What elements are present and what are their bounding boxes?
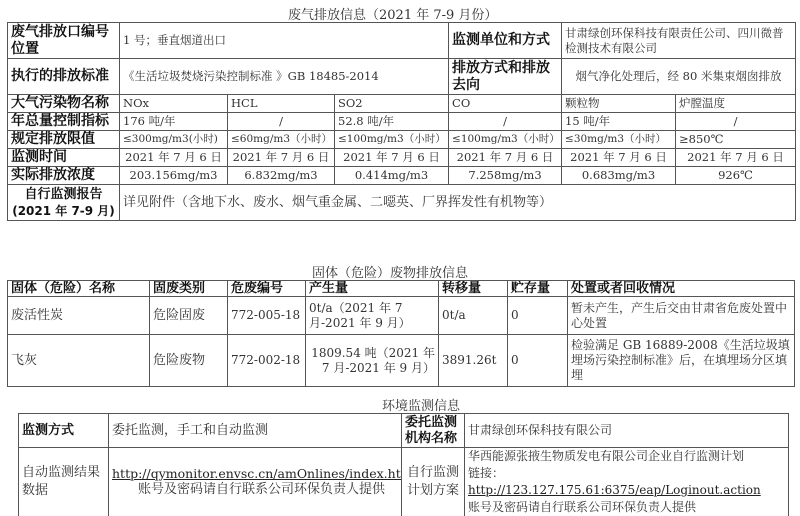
row-label: 大气污染物名称 [8,95,120,113]
monitor-unit-label: 监测单位和方式 [449,23,562,59]
solid-section-title: 固体（危险）废物排放信息 [312,262,468,281]
cell: 0 [508,335,568,387]
report-label-line2: (2021 年 7-9 月) [11,203,116,219]
cell: ≤60mg/m3（小时） [228,131,335,149]
cell: 0t/a [439,297,508,335]
row-label: 规定排放限值 [8,131,120,149]
cell: 检验满足 GB 16889-2008《生活垃圾填埋场污染控制标准》后，在填埋场分… [568,335,795,387]
cell: / [676,113,796,131]
table-row: 监测时间 2021 年 7 月 6 日 2021 年 7 月 6 日 2021 … [8,149,796,167]
cell: 0 [508,297,568,335]
cell: 废活性炭 [8,297,150,335]
cell: 0t/a（2021 年 7 月-2021 年 9 月） [306,297,439,335]
cell: HCL [228,95,335,113]
env-monitoring-table: 监测方式 委托监测，手工和自动监测 委托监测机构名称 甘肃绿创环保科技有限公司 … [18,413,789,516]
cell: 2021 年 7 月 6 日 [120,149,228,167]
cell: 颗粒物 [562,95,676,113]
plan-link[interactable]: http://123.127.175.61:6375/eap/Loginout.… [468,483,761,497]
cell: 2021 年 7 月 6 日 [449,149,562,167]
cell: 危险废物 [150,335,228,387]
column-header: 固体（危险）名称 [8,281,150,297]
plan-label: 自行监测计划方案 [402,448,465,516]
discharge-label: 排放方式和排放去向 [449,59,562,95]
cell: ≤300mg/m3(小时) [120,131,228,149]
outlet-value: 1 号；垂直烟道出口 [120,23,449,59]
plan-text: 华西能源张掖生物质发电有限公司企业自行监测计划 [468,448,785,465]
cell: 0.683mg/m3 [562,167,676,185]
cell: 飞灰 [8,335,150,387]
discharge-value: 烟气净化处理后，经 80 米集束烟囱排放 [562,59,796,95]
cell: 203.156mg/m3 [120,167,228,185]
cell: ≤100mg/m3（小时） [335,131,449,149]
gas-emission-table: 废气排放口编号位置 1 号；垂直烟道出口 监测单位和方式 甘肃绿创环保科技有限责… [7,22,796,221]
cell: / [449,113,562,131]
row-label: 实际排放浓度 [8,167,120,185]
table-row: 规定排放限值 ≤300mg/m3(小时) ≤60mg/m3（小时） ≤100mg… [8,131,796,149]
table-row: 废活性炭 危险固废 772-005-18 0t/a（2021 年 7 月-202… [8,297,795,335]
cell: 176 吨/年 [120,113,228,131]
standard-value: 《生活垃圾焚烧污染控制标准 》GB 18485-2014 [120,59,449,95]
row-label: 监测时间 [8,149,120,167]
cell: ≤100mg/m3（小时） [449,131,562,149]
column-header: 转移量 [439,281,508,297]
plan-note: 账号及密码请自行联系公司环保负责人提供 [468,499,785,516]
cell: 52.8 吨/年 [335,113,449,131]
column-header: 危废编号 [228,281,306,297]
cell: NOx [120,95,228,113]
table-row: 年总量控制指标 176 吨/年 / 52.8 吨/年 / 15 吨/年 / [8,113,796,131]
cell: CO [449,95,562,113]
agency-value: 甘肃绿创环保科技有限公司 [465,414,789,448]
cell: 926℃ [676,167,796,185]
cell: 2021 年 7 月 6 日 [676,149,796,167]
plan-link-line: 链接：http://123.127.175.61:6375/eap/Logino… [468,465,785,499]
cell: 0.414mg/m3 [335,167,449,185]
solid-waste-table: 固体（危险）名称 固废类别 危废编号 产生量 转移量 贮存量 处置或者回收情况 … [7,280,795,387]
cell: SO2 [335,95,449,113]
cell: 2021 年 7 月 6 日 [562,149,676,167]
row-label: 年总量控制指标 [8,113,120,131]
table-row: 实际排放浓度 203.156mg/m3 6.832mg/m3 0.414mg/m… [8,167,796,185]
report-label: 自行监测报告 (2021 年 7-9 月) [8,185,120,221]
cell: 6.832mg/m3 [228,167,335,185]
cell: 1809.54 吨（2021 年 7 月-2021 年 9 月） [306,335,439,387]
column-header: 处置或者回收情况 [568,281,795,297]
cell: 7.258mg/m3 [449,167,562,185]
method-value: 委托监测，手工和自动监测 [109,414,402,448]
header-row: 固体（危险）名称 固废类别 危废编号 产生量 转移量 贮存量 处置或者回收情况 [8,281,795,297]
agency-label: 委托监测机构名称 [402,414,465,448]
plan-link-prefix: 链接： [468,466,504,480]
report-value: 详见附件（含地下水、废水、烟气重金属、二噁英、厂界挥发性有机物等） [120,185,796,221]
column-header: 贮存量 [508,281,568,297]
cell: ≤30mg/m3（小时） [562,131,676,149]
auto-note: 账号及密码请自行联系公司环保负责人提供 [112,482,398,498]
cell: / [228,113,335,131]
column-header: 产生量 [306,281,439,297]
cell: 2021 年 7 月 6 日 [335,149,449,167]
env-section-title: 环境监测信息 [382,395,460,414]
outlet-label: 废气排放口编号位置 [8,23,120,59]
cell: ≥850℃ [676,131,796,149]
cell: 15 吨/年 [562,113,676,131]
cell: 危险固废 [150,297,228,335]
method-label: 监测方式 [19,414,109,448]
gas-section-title: 废气排放信息（2021 年 7-9 月份） [288,4,497,23]
cell: 772-002-18 [228,335,306,387]
cell: 2021 年 7 月 6 日 [228,149,335,167]
cell: 炉膛温度 [676,95,796,113]
cell: 暂未产生，产生后交由甘肃省危废处置中心处置 [568,297,795,335]
cell: 772-005-18 [228,297,306,335]
cell: 3891.26t [439,335,508,387]
standard-label: 执行的排放标准 [8,59,120,95]
monitor-unit-value: 甘肃绿创环保科技有限责任公司、四川微普检测技术有限公司 [562,23,796,59]
table-row: 大气污染物名称 NOx HCL SO2 CO 颗粒物 炉膛温度 [8,95,796,113]
auto-monitor-link[interactable]: http://qymonitor.envsc.cn/amOnlines/inde… [112,466,398,482]
auto-label: 自动监测结果数据 [19,448,109,516]
table-row: 飞灰 危险废物 772-002-18 1809.54 吨（2021 年 7 月-… [8,335,795,387]
column-header: 固废类别 [150,281,228,297]
report-label-line1: 自行监测报告 [11,187,116,203]
